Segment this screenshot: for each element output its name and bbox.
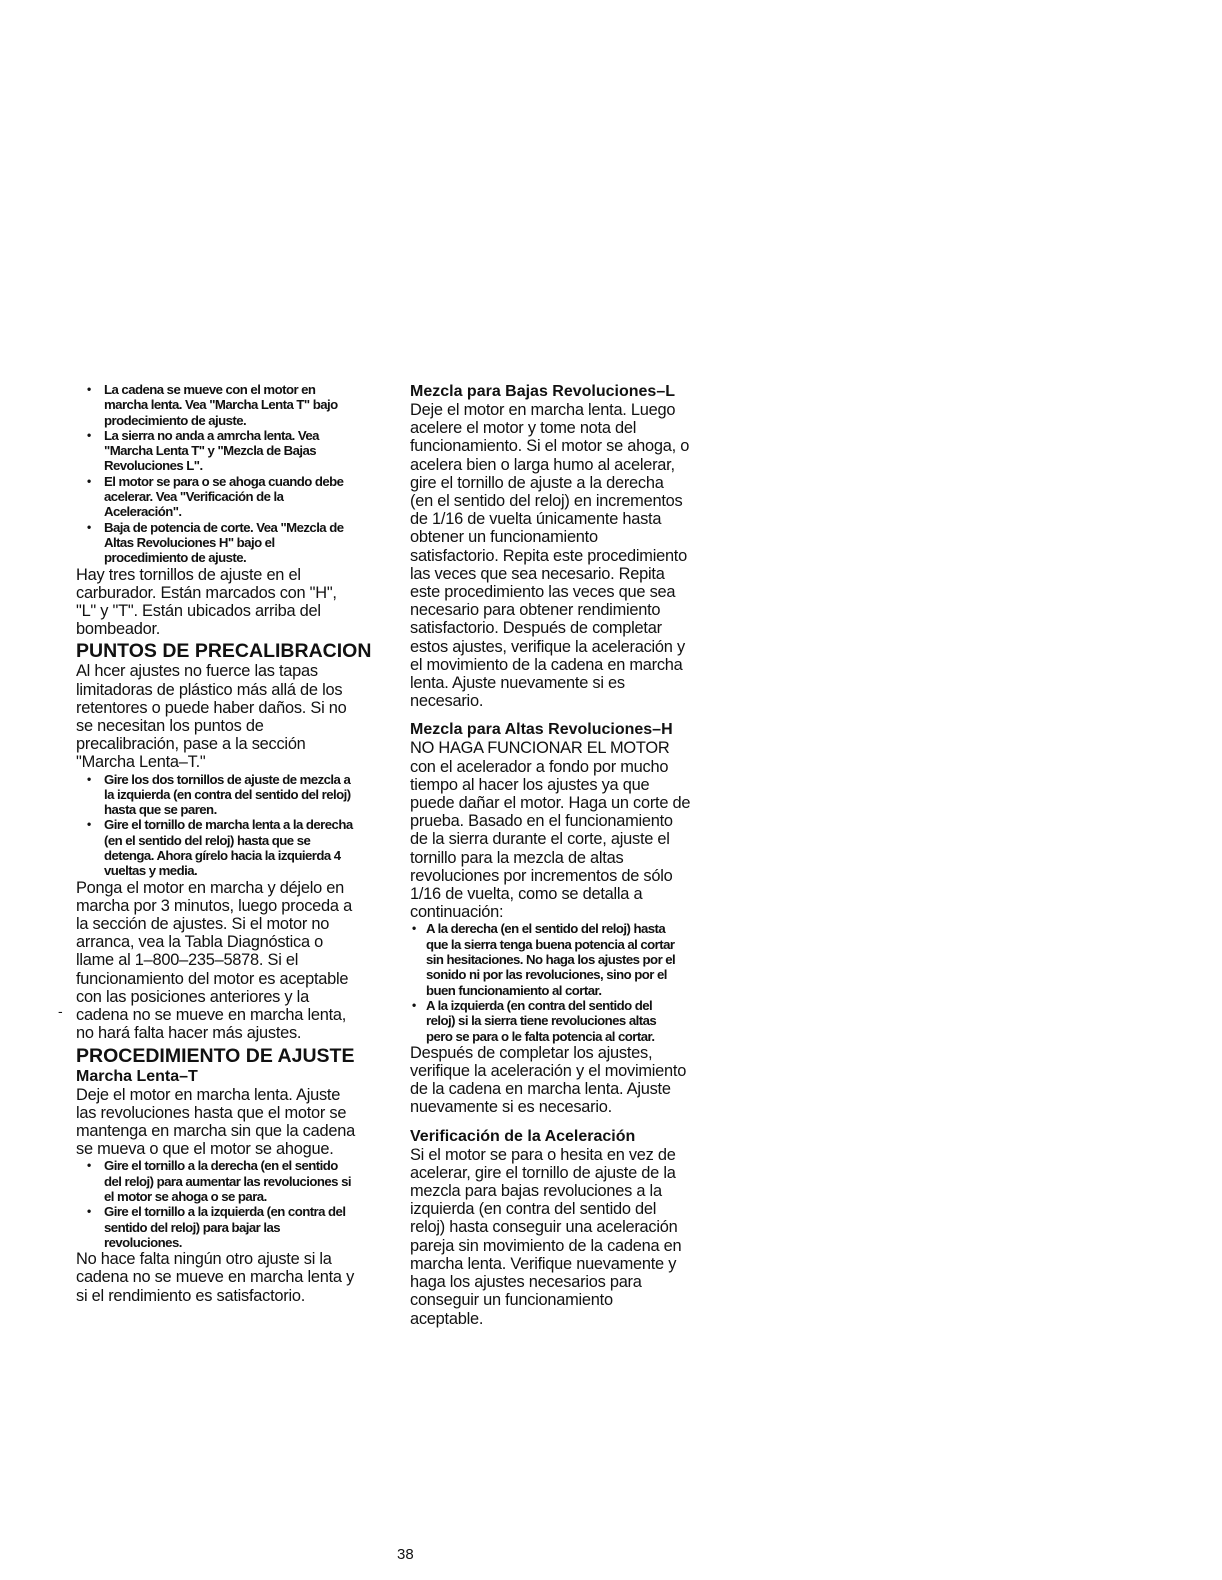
text-line: El motor se para o se ahoga cuando debe xyxy=(104,474,416,489)
text-line: Gire el tornillo a la derecha (en el sen… xyxy=(104,1158,416,1173)
text-line: cadena no se mueve en marcha lenta y xyxy=(76,1268,416,1286)
idle-paragraph: Deje el motor en marcha lenta. Ajuste la… xyxy=(76,1086,416,1159)
start-engine-paragraph: Ponga el motor en marcha y déjelo en mar… xyxy=(76,879,416,1043)
text-line: haga los ajustes necesarios para xyxy=(410,1273,760,1291)
bullet-icon: • xyxy=(87,474,91,489)
text-line: satisfactorio. Después de completar xyxy=(410,619,760,637)
text-line: obtener un funcionamiento xyxy=(410,528,760,546)
right-column: Mezcla para Bajas Revoluciones–L Deje el… xyxy=(410,382,760,1328)
text-line: del reloj) para aumentar las revolucione… xyxy=(104,1174,416,1189)
text-line: izquierda (en contra del sentido del xyxy=(410,1200,760,1218)
high-speed-bullet-list: • A la derecha (en el sentido del reloj)… xyxy=(410,921,760,1043)
text-line: de la sierra durante el corte, ajuste el xyxy=(410,830,760,848)
text-line: retentores o puede haber daños. Si no xyxy=(76,699,416,717)
text-line: Altas Revoluciones H" bajo el xyxy=(104,535,416,550)
text-line: No hace falta ningún otro ajuste si la xyxy=(76,1250,416,1268)
text-line: sonido ni por las revoluciones, sino por… xyxy=(426,967,760,982)
text-line: revoluciones. xyxy=(104,1235,416,1250)
text-line: continuación: xyxy=(410,903,760,921)
text-line: prueba. Basado en el funcionamiento xyxy=(410,812,760,830)
text-line: que la sierra tenga buena potencia al co… xyxy=(426,937,760,952)
bullet-icon: • xyxy=(87,772,91,787)
text-line: pero se para o le falta potencia al cort… xyxy=(426,1029,760,1044)
text-line: con el acelerador a fondo por mucho xyxy=(410,758,760,776)
text-line: cadena no se mueve en marcha lenta, xyxy=(76,1006,416,1024)
adjustment-procedure-heading: PROCEDIMIENTO DE AJUSTE xyxy=(76,1045,416,1067)
text-line: prodecimiento de ajuste. xyxy=(104,413,416,428)
text-line: Si el motor se para o hesita en vez de xyxy=(410,1146,760,1164)
text-line: el movimiento de la cadena en marcha xyxy=(410,656,760,674)
text-line: lenta. Ajuste nuevamente si es xyxy=(410,674,760,692)
text-line: funcionamiento del motor es aceptable xyxy=(76,970,416,988)
bullet-icon: • xyxy=(87,428,91,443)
list-item: • A la izquierda (en contra del sentido … xyxy=(410,998,760,1044)
idle-subheading: Marcha Lenta–T xyxy=(76,1067,416,1086)
page-number: 38 xyxy=(397,1546,414,1563)
high-speed-closing-paragraph: Después de completar los ajustes, verifi… xyxy=(410,1044,760,1117)
low-speed-paragraph: Deje el motor en marcha lenta. Luego ace… xyxy=(410,401,760,710)
bullet-icon: • xyxy=(412,921,416,936)
text-line: A la izquierda (en contra del sentido de… xyxy=(426,998,760,1013)
text-line: limitadoras de plástico más allá de los xyxy=(76,681,416,699)
text-line: vueltas y media. xyxy=(104,863,416,878)
idle-closing-paragraph: No hace falta ningún otro ajuste si la c… xyxy=(76,1250,416,1305)
left-column: • La cadena se mueve con el motor en mar… xyxy=(76,382,416,1305)
text-line: Gire los dos tornillos de ajuste de mezc… xyxy=(104,772,416,787)
text-line: 1/16 de vuelta, como se detalla a xyxy=(410,885,760,903)
text-line: acelerar. Vea "Verificación de la xyxy=(104,489,416,504)
text-line: la sección de ajustes. Si el motor no xyxy=(76,915,416,933)
text-line: Después de completar los ajustes, xyxy=(410,1044,760,1062)
bullet-icon: • xyxy=(412,998,416,1013)
bullet-icon: • xyxy=(87,817,91,832)
text-line: Al hcer ajustes no fuerce las tapas xyxy=(76,662,416,680)
acceleration-check-paragraph: Si el motor se para o hesita en vez de a… xyxy=(410,1146,760,1328)
list-item: • Baja de potencia de corte. Vea "Mezcla… xyxy=(76,520,416,566)
text-line: las revoluciones hasta que el motor se xyxy=(76,1104,416,1122)
text-line: Gire el tornillo a la izquierda (en cont… xyxy=(104,1204,416,1219)
text-line: se necesitan los puntos de xyxy=(76,717,416,735)
text-line: detenga. Ahora gírelo hacia la izquierda… xyxy=(104,848,416,863)
text-line: llame al 1–800–235–5878. Si el xyxy=(76,951,416,969)
text-line: La cadena se mueve con el motor en xyxy=(104,382,416,397)
text-line: se mueva o que el motor se ahogue. xyxy=(76,1140,416,1158)
high-speed-mixture-heading: Mezcla para Altas Revoluciones–H xyxy=(410,720,760,739)
text-line: acelere el motor y tome nota del xyxy=(410,419,760,437)
text-line: verifique la aceleración y el movimiento xyxy=(410,1062,760,1080)
text-line: marcha por 3 minutos, luego proceda a xyxy=(76,897,416,915)
screws-paragraph: Hay tres tornillos de ajuste en el carbu… xyxy=(76,566,416,639)
text-line: bombeador. xyxy=(76,620,416,638)
text-line: pareja sin movimiento de la cadena en xyxy=(410,1237,760,1255)
text-line: reloj) hasta conseguir una aceleración xyxy=(410,1218,760,1236)
text-line: Ponga el motor en marcha y déjelo en xyxy=(76,879,416,897)
text-line: las veces que sea necesario. Repita xyxy=(410,565,760,583)
text-line: procedimiento de ajuste. xyxy=(104,550,416,565)
text-line: nuevamente si es necesario. xyxy=(410,1098,760,1116)
text-line: (en el sentido del reloj) en incrementos xyxy=(410,492,760,510)
text-line: satisfactorio. Repita este procedimiento xyxy=(410,547,760,565)
text-line: estos ajustes, verifique la aceleración … xyxy=(410,638,760,656)
text-line: si el rendimiento es satisfactorio. xyxy=(76,1287,416,1305)
margin-mark: - xyxy=(58,1003,63,1019)
text-line: reloj) si la sierra tiene revoluciones a… xyxy=(426,1013,760,1028)
text-line: "L" y "T". Están ubicados arriba del xyxy=(76,602,416,620)
text-line: aceptable. xyxy=(410,1310,760,1328)
text-line: tiempo al hacer los ajustes ya que xyxy=(410,776,760,794)
text-line: Baja de potencia de corte. Vea "Mezcla d… xyxy=(104,520,416,535)
text-line: mantenga en marcha sin que la cadena xyxy=(76,1122,416,1140)
text-line: el motor se ahoga o se para. xyxy=(104,1189,416,1204)
text-line: (en el sentido del reloj) hasta que se xyxy=(104,833,416,848)
text-line: gire el tornillo de ajuste a la derecha xyxy=(410,474,760,492)
bullet-icon: • xyxy=(87,382,91,397)
high-speed-paragraph: NO HAGA FUNCIONAR EL MOTOR con el aceler… xyxy=(410,739,760,921)
list-item: • La cadena se mueve con el motor en mar… xyxy=(76,382,416,428)
text-line: de la cadena en marcha lenta. Ajuste xyxy=(410,1080,760,1098)
text-line: funcionamiento. Si el motor se ahoga, o xyxy=(410,437,760,455)
text-line: carburador. Están marcados con "H", xyxy=(76,584,416,602)
text-line: hasta que se paren. xyxy=(104,802,416,817)
idle-bullet-list: • Gire el tornillo a la derecha (en el s… xyxy=(76,1158,416,1250)
text-line: Hay tres tornillos de ajuste en el xyxy=(76,566,416,584)
low-speed-mixture-heading: Mezcla para Bajas Revoluciones–L xyxy=(410,382,760,401)
text-line: revoluciones por incrementos de sólo xyxy=(410,867,760,885)
text-line: con las posiciones anteriores y la xyxy=(76,988,416,1006)
text-line: acelerar, gire el tornillo de ajuste de … xyxy=(410,1164,760,1182)
bullet-icon: • xyxy=(87,1204,91,1219)
text-line: conseguir un funcionamiento xyxy=(410,1291,760,1309)
text-line: sentido del reloj) para bajar las xyxy=(104,1220,416,1235)
text-line: acelera bien o larga humo al acelerar, xyxy=(410,456,760,474)
text-line: mezcla para bajas revoluciones a la xyxy=(410,1182,760,1200)
text-line: "Marcha Lenta T" y "Mezcla de Bajas xyxy=(104,443,416,458)
text-line: La sierra no anda a amrcha lenta. Vea xyxy=(104,428,416,443)
list-item: • Gire el tornillo a la derecha (en el s… xyxy=(76,1158,416,1204)
text-line: de 1/16 de vuelta únicamente hasta xyxy=(410,510,760,528)
list-item: • El motor se para o se ahoga cuando deb… xyxy=(76,474,416,520)
text-line: marcha lenta. Vea "Marcha Lenta T" bajo xyxy=(104,397,416,412)
list-item: • La sierra no anda a amrcha lenta. Vea … xyxy=(76,428,416,474)
text-line: arranca, vea la Tabla Diagnóstica o xyxy=(76,933,416,951)
text-line: sin hesitaciones. No haga los ajustes po… xyxy=(426,952,760,967)
list-item: • Gire los dos tornillos de ajuste de me… xyxy=(76,772,416,818)
text-line: la izquierda (en contra del sentido del … xyxy=(104,787,416,802)
precalibration-bullet-list: • Gire los dos tornillos de ajuste de me… xyxy=(76,772,416,879)
text-line: necesario. xyxy=(410,692,760,710)
text-line: Deje el motor en marcha lenta. Ajuste xyxy=(76,1086,416,1104)
bullet-icon: • xyxy=(87,520,91,535)
list-item: • Gire el tornillo a la izquierda (en co… xyxy=(76,1204,416,1250)
precalibration-heading: PUNTOS DE PRECALIBRACION xyxy=(76,640,416,662)
text-line: Revoluciones L". xyxy=(104,458,416,473)
list-item: • A la derecha (en el sentido del reloj)… xyxy=(410,921,760,997)
text-line: "Marcha Lenta–T." xyxy=(76,753,416,771)
bullet-icon: • xyxy=(87,1158,91,1173)
text-line: tornillo para la mezcla de altas xyxy=(410,849,760,867)
text-line: A la derecha (en el sentido del reloj) h… xyxy=(426,921,760,936)
text-line: marcha lenta. Verifique nuevamente y xyxy=(410,1255,760,1273)
intro-bullet-list: • La cadena se mueve con el motor en mar… xyxy=(76,382,416,566)
text-line: necesario para obtener rendimiento xyxy=(410,601,760,619)
text-line: Gire el tornillo de marcha lenta a la de… xyxy=(104,817,416,832)
text-line: precalibración, pase a la sección xyxy=(76,735,416,753)
precalibration-paragraph: Al hcer ajustes no fuerce las tapas limi… xyxy=(76,662,416,771)
text-line: no hará falta hacer más ajustes. xyxy=(76,1024,416,1042)
list-item: • Gire el tornillo de marcha lenta a la … xyxy=(76,817,416,878)
text-line: Aceleración". xyxy=(104,504,416,519)
acceleration-check-heading: Verificación de la Aceleración xyxy=(410,1127,760,1146)
text-line: este procedimiento las veces que sea xyxy=(410,583,760,601)
warning-line: NO HAGA FUNCIONAR EL MOTOR xyxy=(410,739,760,757)
text-line: puede dañar el motor. Haga un corte de xyxy=(410,794,760,812)
text-line: Deje el motor en marcha lenta. Luego xyxy=(410,401,760,419)
text-line: buen funcionamiento al cortar. xyxy=(426,983,760,998)
